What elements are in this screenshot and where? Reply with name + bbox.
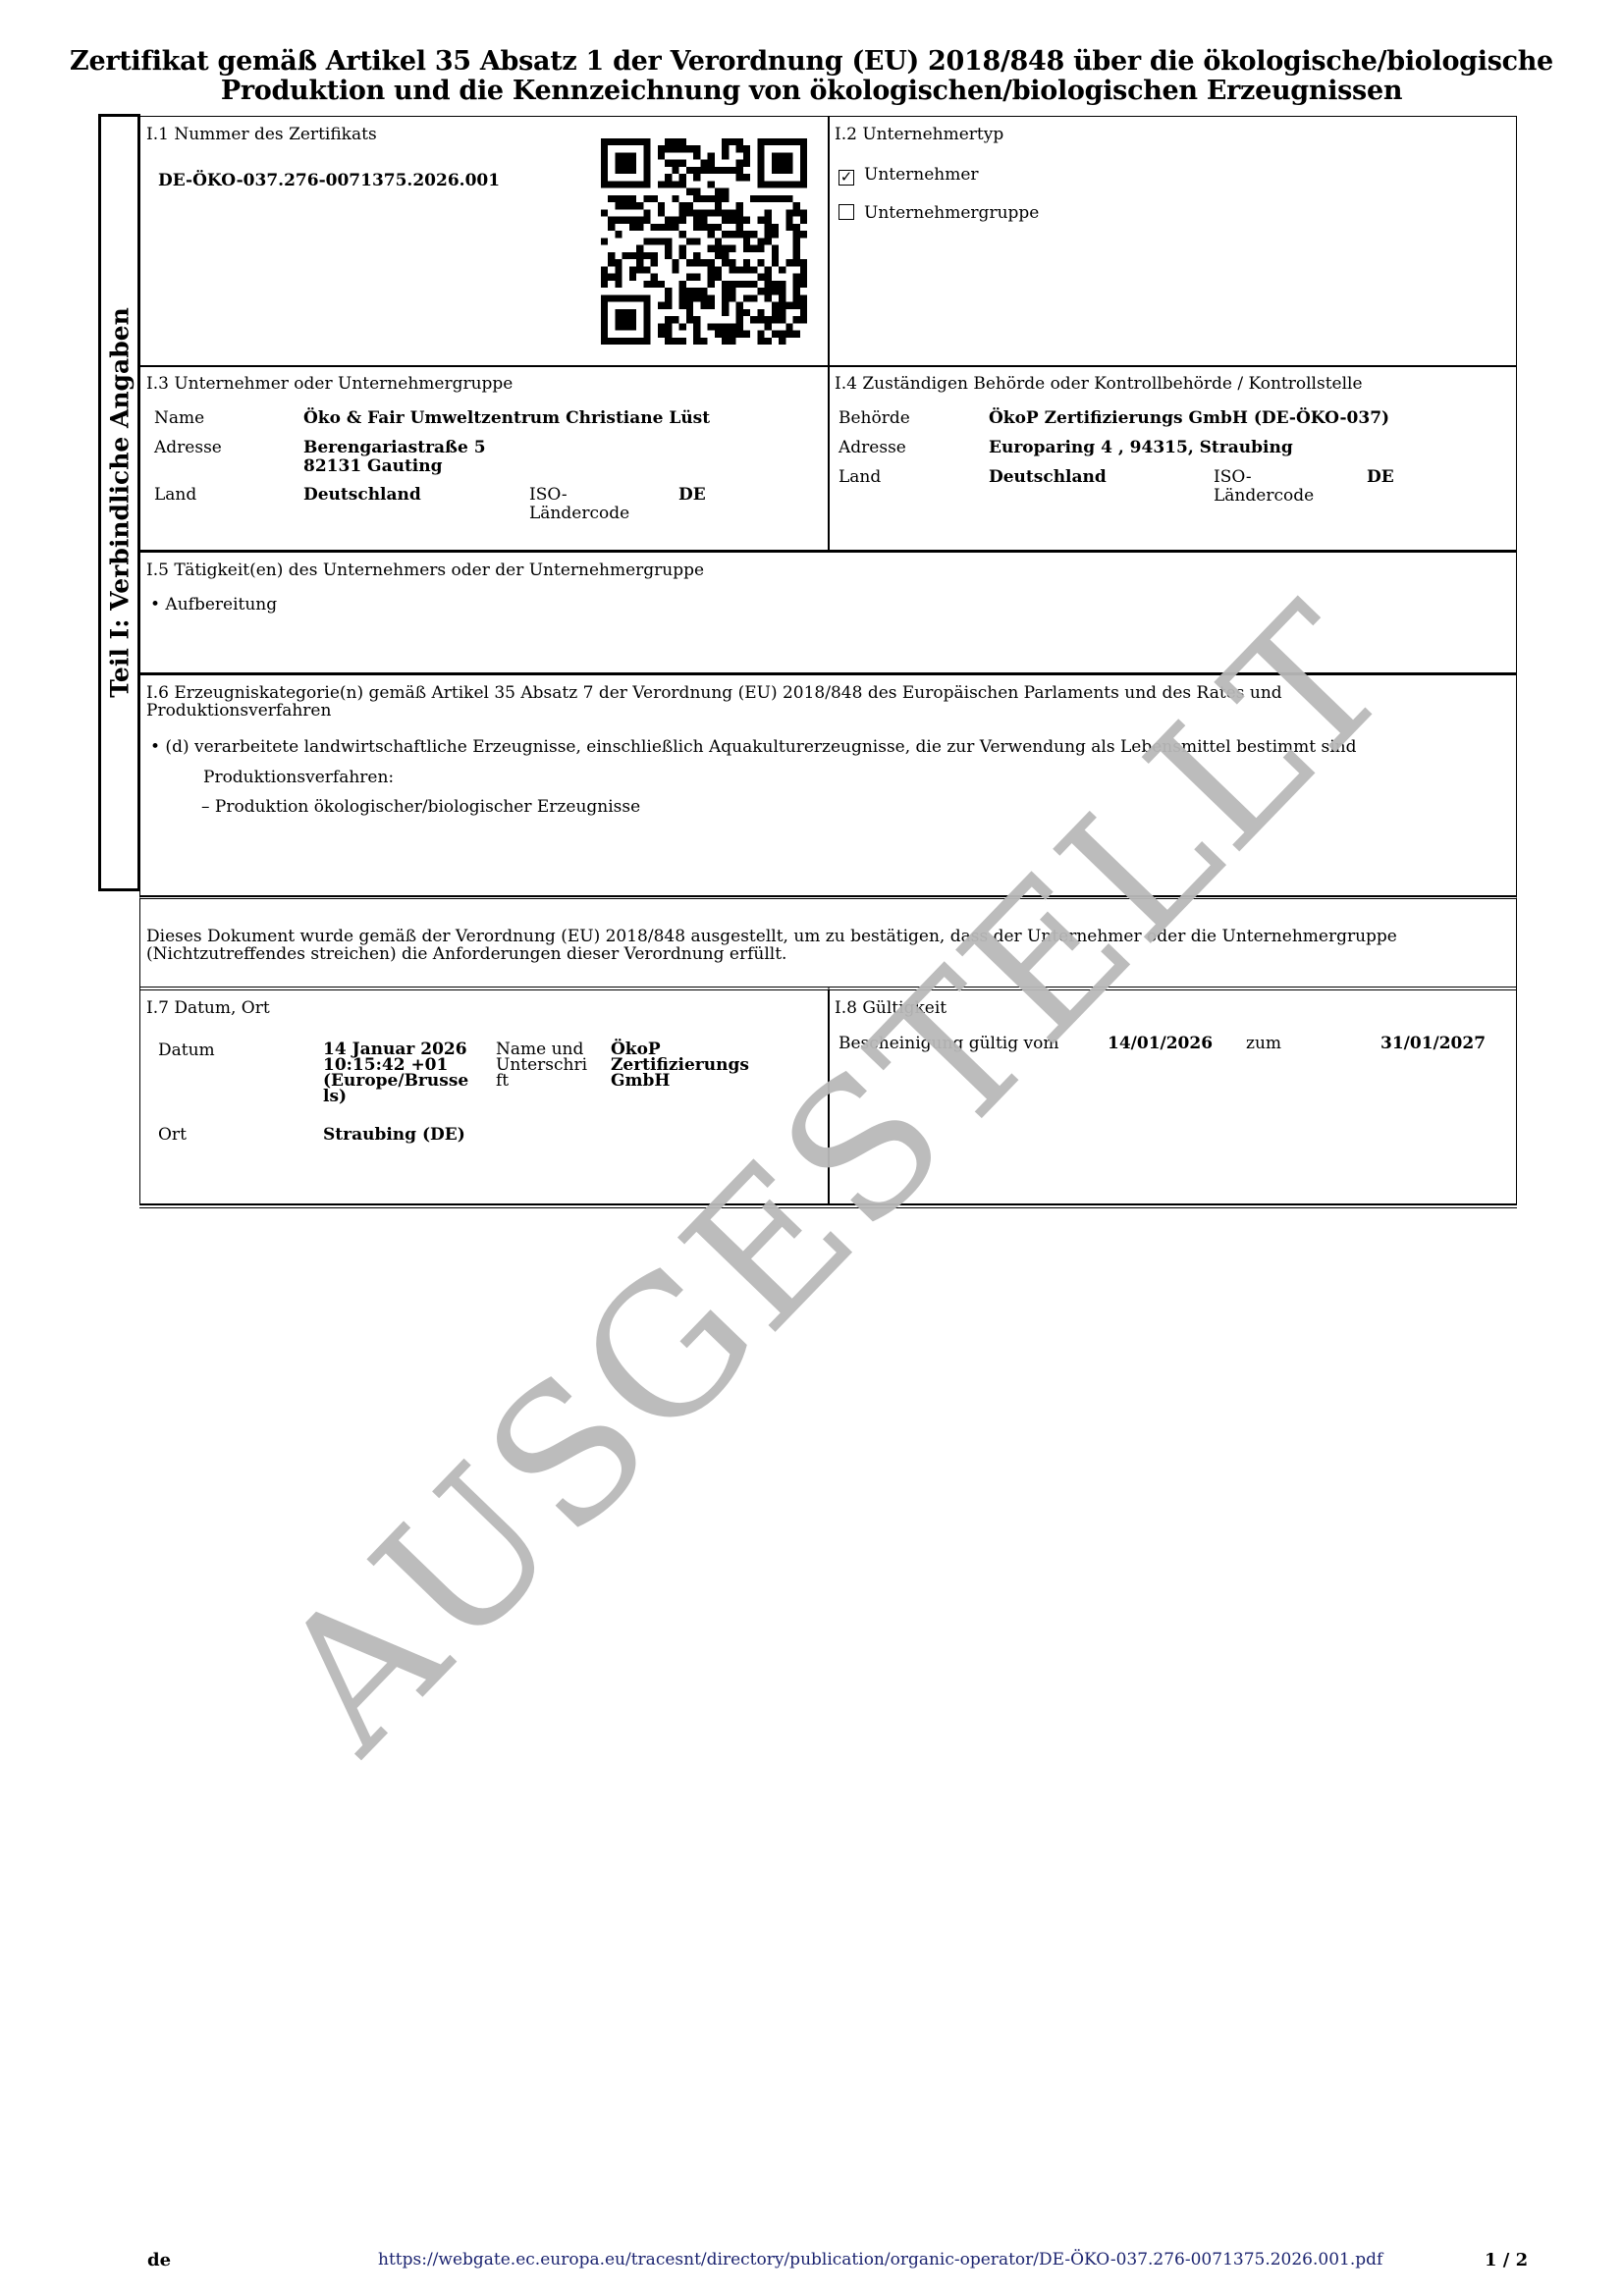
operator-iso-code: DE [678, 486, 706, 505]
checkbox-operator-group[interactable]: Unternehmergruppe [839, 204, 1039, 223]
page-number: 1 / 2 [1485, 2250, 1528, 2270]
authority-country: Deutschland [989, 468, 1107, 487]
section-operator: I.3 Unternehmer oder Unternehmergruppe N… [139, 365, 830, 552]
category-item: • (d) verarbeitete landwirtschaftliche E… [150, 738, 1357, 757]
section-authority: I.4 Zuständigen Behörde oder Kontrollbeh… [828, 365, 1517, 552]
section-activities: I.5 Tätigkeit(en) des Unternehmers oder … [139, 550, 1517, 674]
valid-to-date: 31/01/2027 [1380, 1035, 1486, 1053]
section-heading: I.6 Erzeugniskategorie(n) gemäß Artikel … [146, 683, 1282, 721]
qr-code-icon [601, 137, 807, 346]
valid-from-label: Bescheinigung gültig vom [839, 1035, 1058, 1053]
table-bottom-rule [139, 1204, 1517, 1208]
footer-language: de [147, 2250, 171, 2270]
document-title: Zertifikat gemäß Artikel 35 Absatz 1 der… [0, 47, 1623, 106]
country-label: Land [839, 468, 881, 487]
checkbox-unchecked-icon[interactable] [839, 204, 854, 220]
title-line-1: Zertifikat gemäß Artikel 35 Absatz 1 der… [0, 47, 1623, 77]
iso-label: ISO- Ländercode [1214, 468, 1314, 506]
part-label-box: Teil I: Verbindliche Angaben [98, 114, 140, 891]
name-label: Name [154, 409, 204, 428]
checkbox-label: Unternehmer [864, 165, 979, 185]
valid-to-label: zum [1246, 1035, 1281, 1053]
date-label: Datum [158, 1041, 215, 1060]
country-label: Land [154, 486, 196, 505]
date-value: 14 Januar 2026 10:15:42 +01 (Europe/Brus… [323, 1041, 468, 1104]
iso-label: ISO- Ländercode [529, 486, 629, 523]
section-heading: I.3 Unternehmer oder Unternehmergruppe [146, 374, 513, 394]
section-date-place: I.7 Datum, Ort Datum 14 Januar 2026 10:1… [139, 987, 830, 1204]
title-line-2: Produktion und die Kennzeichnung von öko… [0, 77, 1623, 106]
part-label: Teil I: Verbindliche Angaben [105, 307, 134, 698]
section-validity: I.8 Gültigkeit Bescheinigung gültig vom … [828, 987, 1517, 1204]
place-label: Ort [158, 1126, 187, 1145]
place-value: Straubing (DE) [323, 1126, 465, 1145]
activity-item: • Aufbereitung [150, 596, 277, 614]
checkbox-label: Unternehmergruppe [864, 203, 1039, 223]
section-heading: I.4 Zuständigen Behörde oder Kontrollbeh… [835, 374, 1363, 394]
address-label: Adresse [839, 439, 906, 457]
certificate-number: DE-ÖKO-037.276-0071375.2026.001 [158, 172, 500, 190]
section-heading: I.2 Unternehmertyp [835, 125, 1003, 144]
section-heading: I.5 Tätigkeit(en) des Unternehmers oder … [146, 561, 704, 580]
statement-text: Dieses Dokument wurde gemäß der Verordnu… [146, 927, 1397, 964]
signature-value: ÖkoP Zertifizierungs GmbH [611, 1041, 749, 1089]
checkbox-checked-icon[interactable]: ✓ [839, 170, 854, 186]
valid-from-date: 14/01/2026 [1108, 1035, 1213, 1053]
authority-name: ÖkoP Zertifizierungs GmbH (DE-ÖKO-037) [989, 409, 1389, 428]
section-heading: I.1 Nummer des Zertifikats [146, 125, 377, 144]
section-heading: I.8 Gültigkeit [835, 998, 947, 1018]
address-label: Adresse [154, 439, 222, 457]
operator-country: Deutschland [303, 486, 421, 505]
statement-box: Dieses Dokument wurde gemäß der Verordnu… [139, 896, 1517, 990]
checkbox-operator[interactable]: ✓Unternehmer [839, 166, 979, 186]
operator-name: Öko & Fair Umweltzentrum Christiane Lüst [303, 409, 710, 428]
signature-label: Name und Unterschri ft [496, 1041, 587, 1089]
section-product-categories: I.6 Erzeugniskategorie(n) gemäß Artikel … [139, 672, 1517, 896]
production-method-value: – Produktion ökologischer/biologischer E… [201, 798, 640, 817]
section-heading: I.7 Datum, Ort [146, 998, 270, 1018]
production-method-label: Produktionsverfahren: [203, 769, 394, 787]
authority-label: Behörde [839, 409, 910, 428]
authority-address: Europaring 4 , 94315, Straubing [989, 439, 1293, 457]
section-operator-type: I.2 Unternehmertyp ✓Unternehmer Unterneh… [828, 116, 1517, 367]
footer-url-link[interactable]: https://webgate.ec.europa.eu/tracesnt/di… [378, 2250, 1382, 2269]
operator-address: Berengariastraße 5 82131 Gauting [303, 439, 486, 476]
authority-iso-code: DE [1367, 468, 1394, 487]
